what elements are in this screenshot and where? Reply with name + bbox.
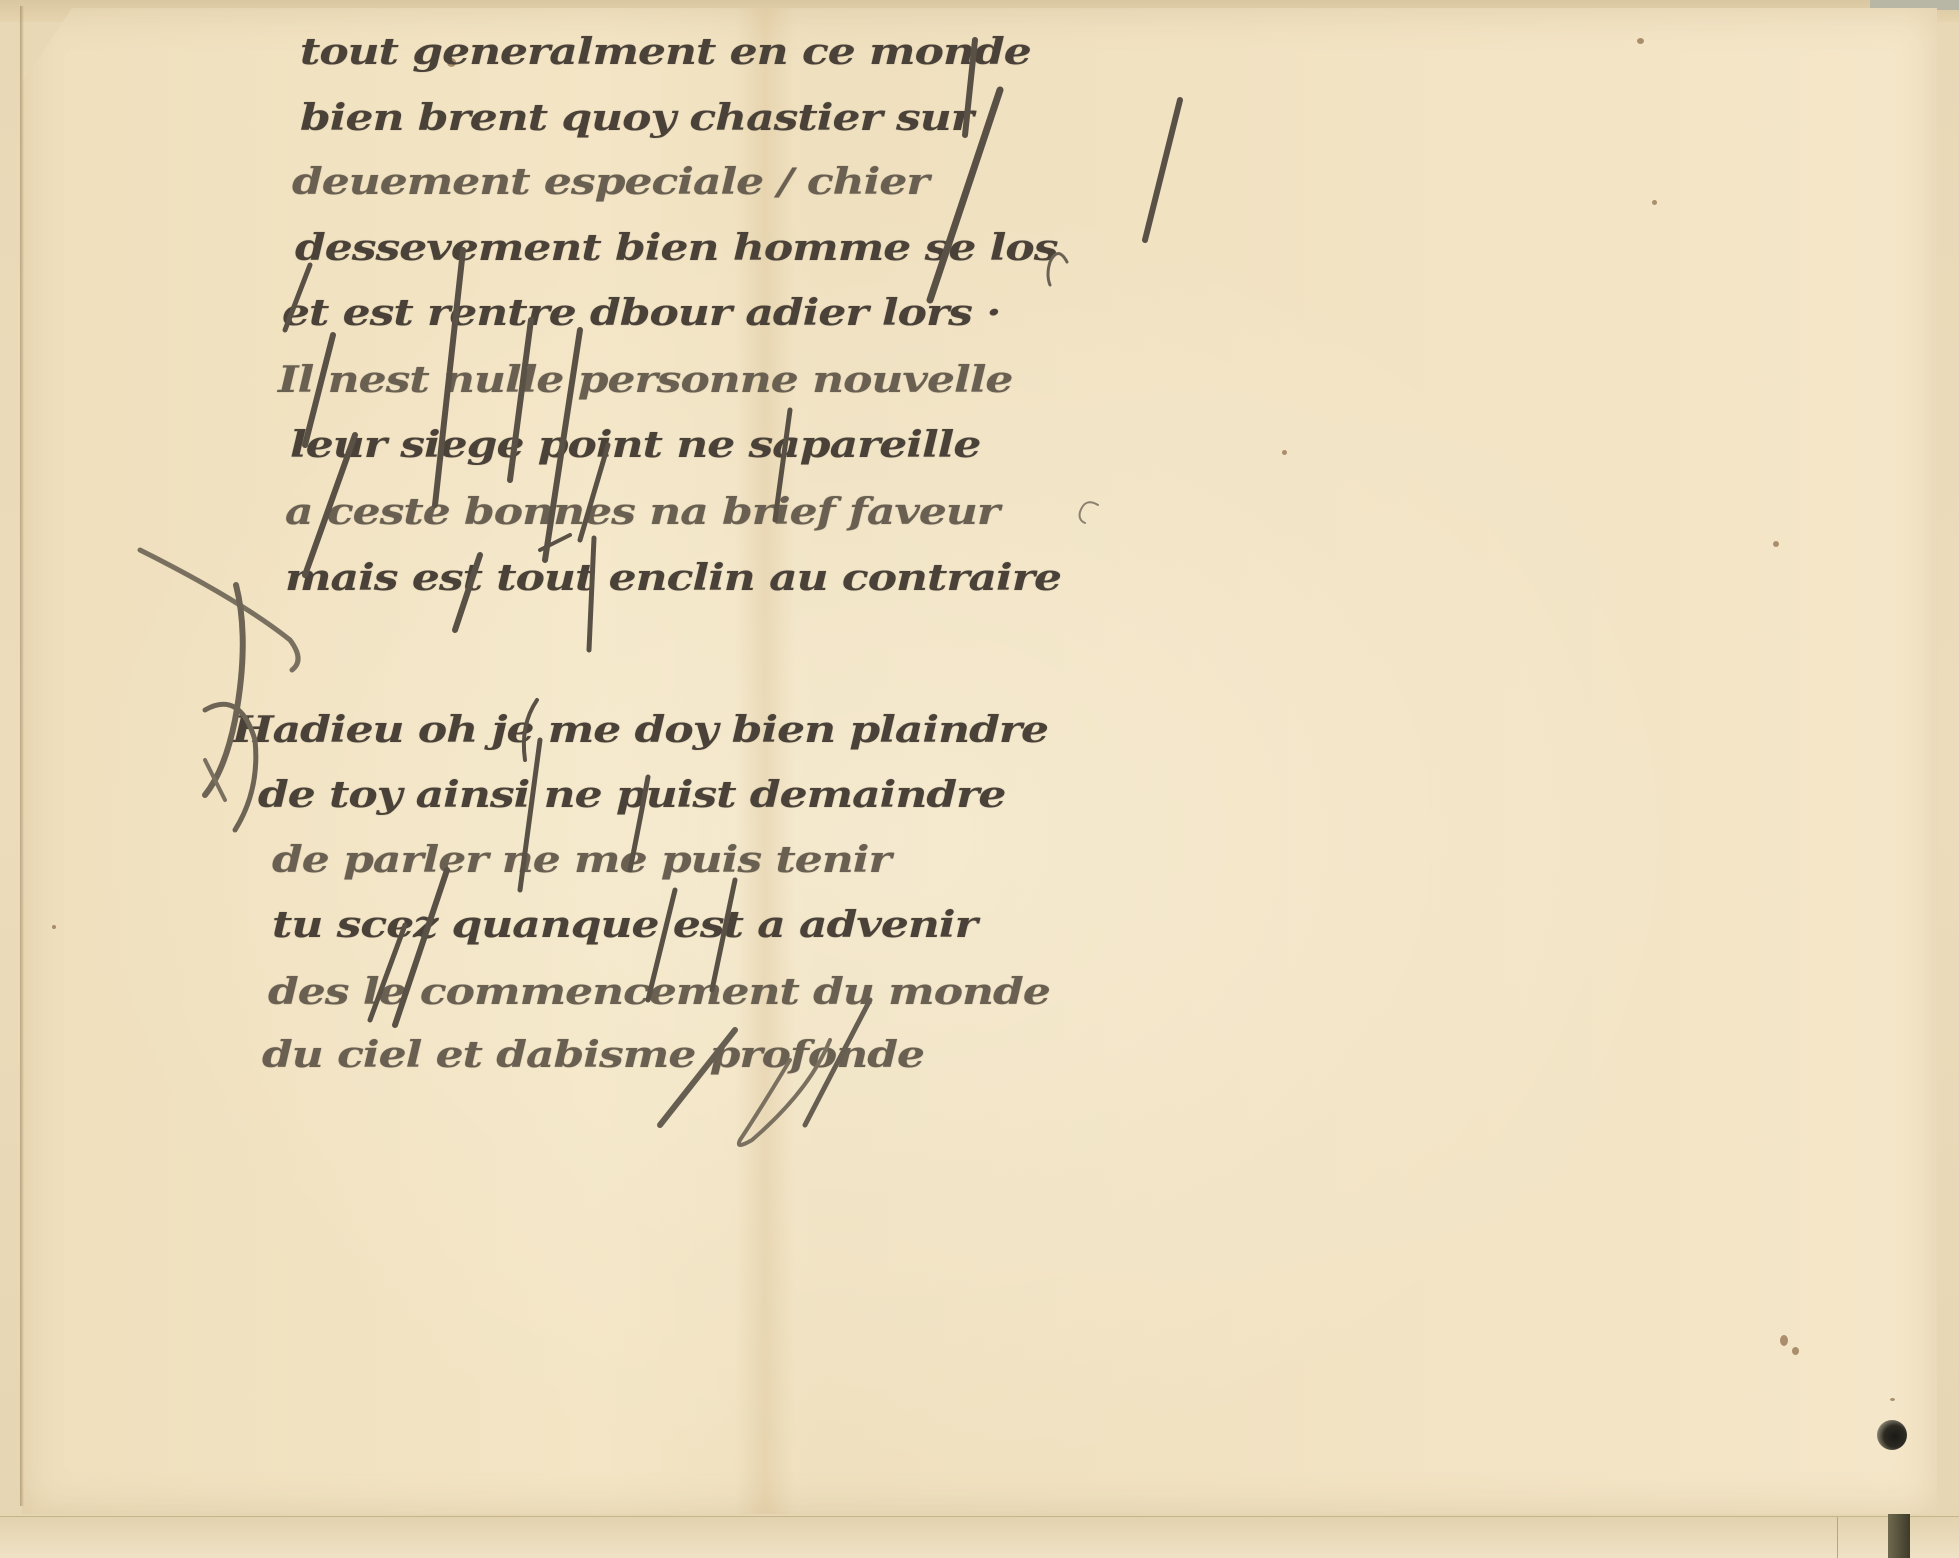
stanza-1-line-2: bien brent quoy chastier sur xyxy=(300,97,973,139)
stanza-1-line-7: leur siege point ne sapareille xyxy=(290,424,980,466)
stanza-2-line-3: de parler ne me puis tenir xyxy=(272,839,891,881)
stanza-1-line-1: tout generalment en ce monde xyxy=(300,31,1031,73)
stanza-2-line-5: des le commencement du monde xyxy=(268,971,1050,1013)
stanza-1-line-5: et est rentre dbour adier lors · xyxy=(282,292,1001,334)
stanza-2-line-4: tu scez quanque est a advenir xyxy=(272,904,977,946)
manuscript-text: tout generalment en ce monde bien brent … xyxy=(0,0,1959,1558)
stanza-1-line-9: mais est tout enclin au contraire xyxy=(285,557,1061,599)
stanza-2-line-2: de toy ainsi ne puist demaindre xyxy=(258,774,1005,816)
stanza-2-line-6: du ciel et dabisme profonde xyxy=(262,1034,924,1076)
stanza-1-line-6: Il nest nulle personne nouvelle xyxy=(278,359,1012,401)
stanza-1-line-8: a ceste bonnes na brief faveur xyxy=(285,491,999,533)
stanza-1-line-3: deuement especiale / chier xyxy=(292,161,929,203)
stanza-2-line-1: Hadieu oh je me doy bien plaindre xyxy=(232,709,1048,751)
stanza-1-line-4: dessevement bien homme se los xyxy=(295,227,1058,269)
